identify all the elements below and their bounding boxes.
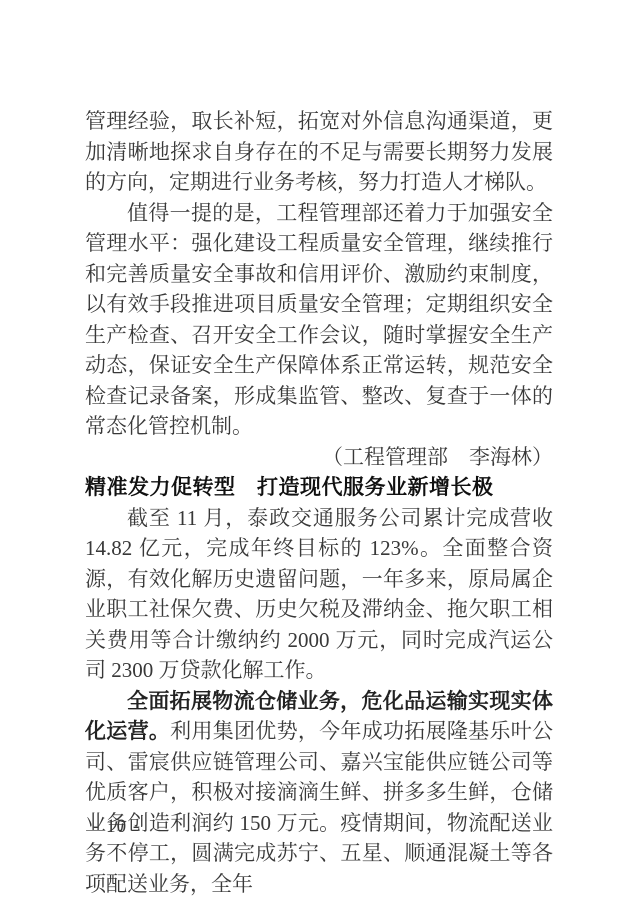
paragraph-revenue: 截至 11 月，泰政交通服务公司累计完成营收 14.82 亿元，完成年终目标的 … bbox=[85, 503, 553, 686]
paragraph-body-text: 利用集团优势，今年成功拓展隆基乐叶公司、雷宸供应链管理公司、嘉兴宝能供应链公司等… bbox=[85, 719, 553, 896]
article-title: 精准发力促转型 打造现代服务业新增长极 bbox=[85, 472, 553, 503]
document-page: 管理经验，取长补短，拓宽对外信息沟通渠道，更加清晰地探求自身存在的不足与需要长期… bbox=[0, 0, 636, 900]
page-content: 管理经验，取长补短，拓宽对外信息沟通渠道，更加清晰地探求自身存在的不足与需要长期… bbox=[85, 106, 553, 899]
article-attribution: （工程管理部 李海林） bbox=[85, 442, 553, 473]
paragraph-continuation: 管理经验，取长补短，拓宽对外信息沟通渠道，更加清晰地探求自身存在的不足与需要长期… bbox=[85, 106, 553, 198]
paragraph-logistics: 全面拓展物流仓储业务，危化品运输实现实体化运营。利用集团优势，今年成功拓展隆基乐… bbox=[85, 686, 553, 900]
page-number: - 10 - bbox=[93, 816, 140, 838]
paragraph-safety-management: 值得一提的是，工程管理部还着力于加强安全管理水平：强化建设工程质量安全管理，继续… bbox=[85, 198, 553, 442]
